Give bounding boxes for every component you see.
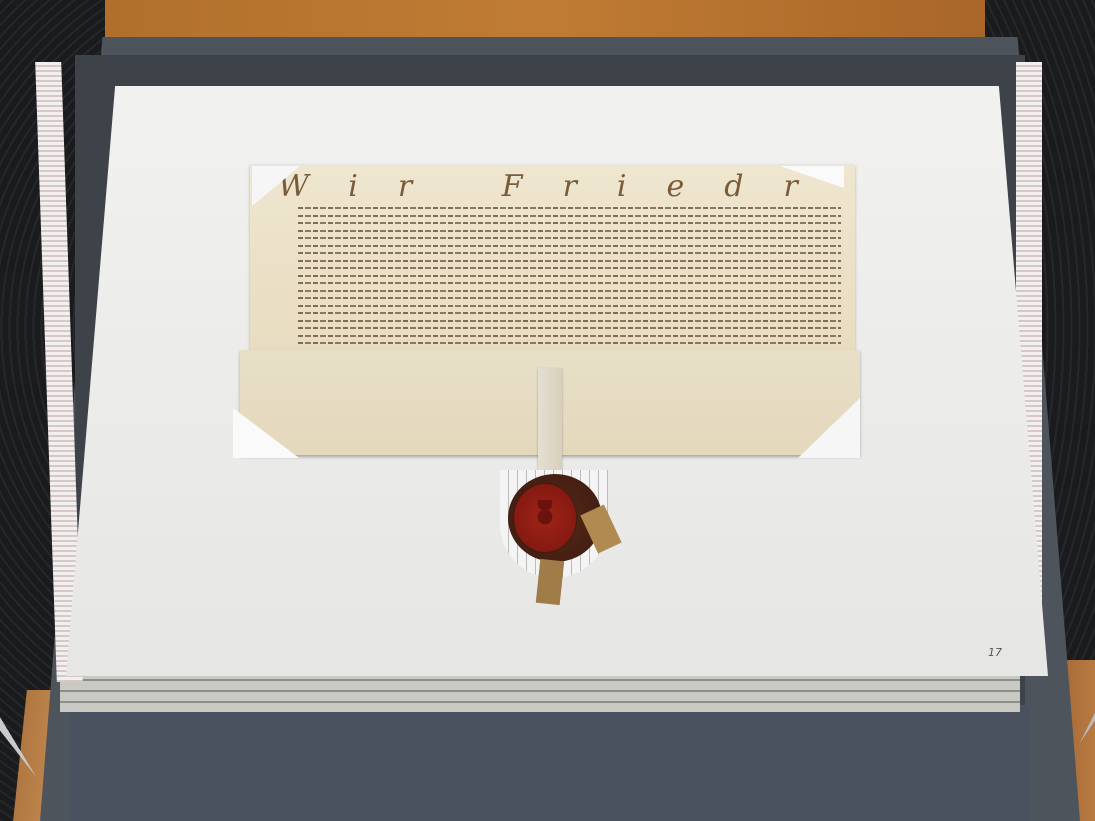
- text-line: [298, 335, 841, 337]
- wooden-table-top: [105, 0, 985, 40]
- seal-quatrefoil-icon: [528, 500, 562, 534]
- board-stack: [60, 670, 1020, 712]
- text-line: [298, 207, 841, 209]
- charter-heading: Wir Friedrich: [278, 169, 835, 207]
- text-line: [298, 312, 841, 314]
- photo-corner-top-right: [780, 166, 844, 188]
- archival-box-floor: [70, 705, 1030, 821]
- text-line: [298, 267, 841, 269]
- text-line: [298, 305, 841, 307]
- text-line: [298, 252, 841, 254]
- seal-parchment-tag: [538, 368, 562, 483]
- text-line: [298, 320, 841, 322]
- text-line: [298, 327, 841, 329]
- text-line: [298, 297, 841, 299]
- text-line: [298, 237, 841, 239]
- text-line: [298, 275, 841, 277]
- photo-corner-top-left: [252, 166, 300, 206]
- seal-strip-bottom: [536, 559, 564, 605]
- photo-corner-bottom-left: [233, 408, 299, 458]
- text-line: [298, 222, 841, 224]
- photo-corner-bottom-right: [798, 398, 860, 458]
- text-line: [298, 342, 841, 344]
- text-line: [298, 290, 841, 292]
- board-number: 17: [988, 646, 1002, 659]
- text-line: [298, 215, 841, 217]
- text-line: [298, 230, 841, 232]
- charter-document: Wir Friedrich: [250, 165, 855, 355]
- text-line: [298, 282, 841, 284]
- text-line: [298, 245, 841, 247]
- text-line: [298, 260, 841, 262]
